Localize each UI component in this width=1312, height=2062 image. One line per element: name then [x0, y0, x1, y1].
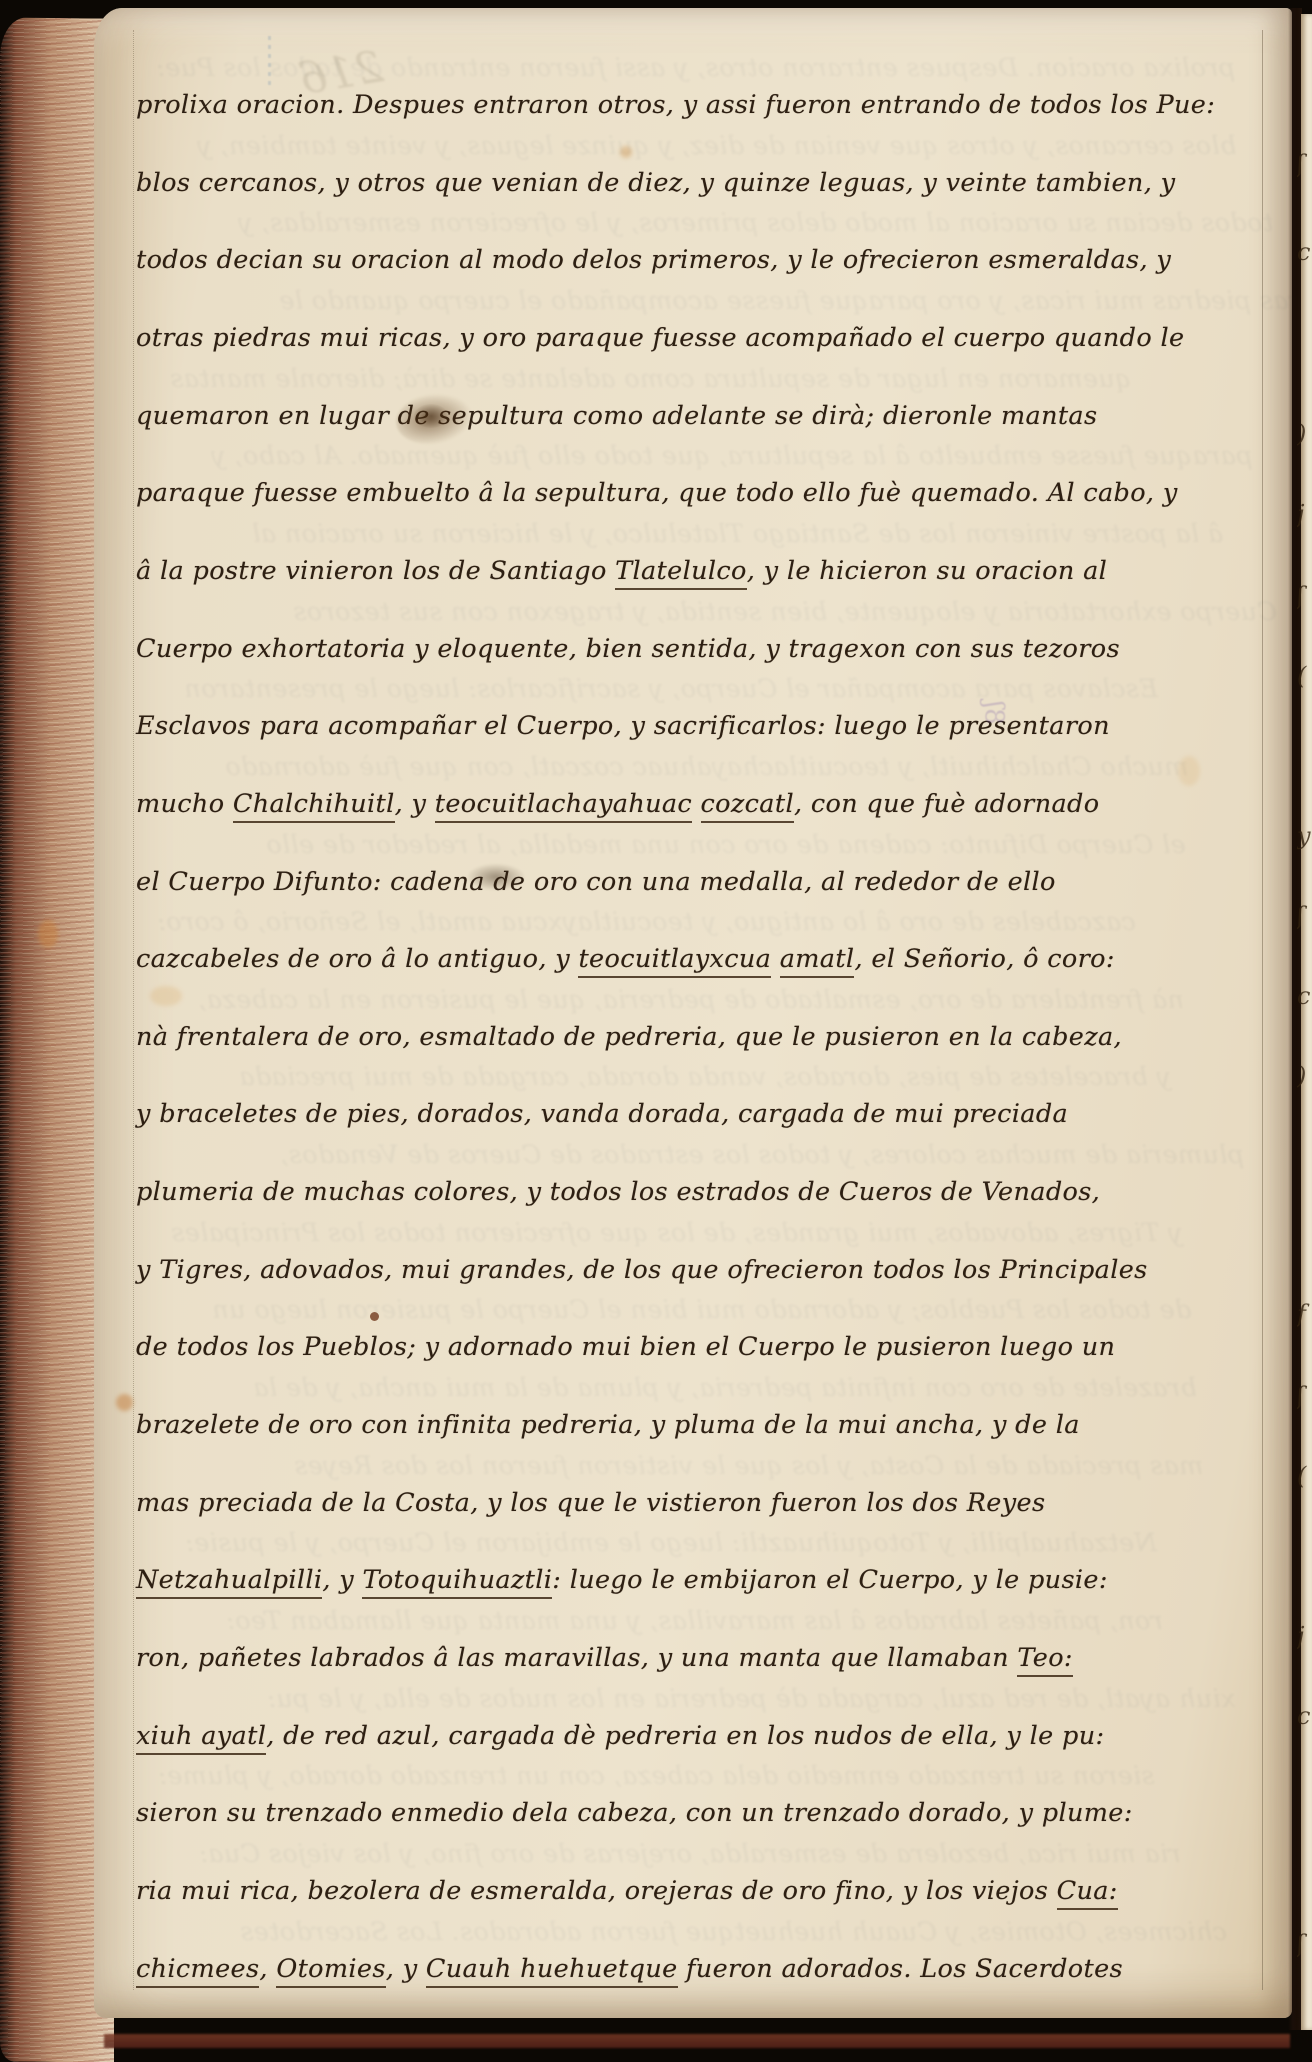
- underlined-term: teocuitlachayahuac: [632, 752, 889, 784]
- text-segment: y Tigres, adovados, mui grandes, de los …: [171, 1218, 1183, 1248]
- showthrough-ghost-line: paraque fuesse embuelto â la sepultura, …: [211, 417, 1253, 495]
- showthrough-ghost-line: sieron su trenzado enmedio dela cabeza, …: [158, 1737, 1155, 1815]
- text-segment: otras piedras mui ricas, y oro paraque f…: [279, 286, 1312, 316]
- underlined-term: Chalchihuitl: [930, 752, 1092, 784]
- underlined-term: Totoquihuaztli: [740, 1528, 930, 1560]
- showthrough-ghost-line: quemaron en lugar de sepultura como adel…: [170, 340, 1131, 418]
- text-segment: , de red azul, cargada dè pedreria en lo…: [267, 1684, 1105, 1714]
- underlined-term: chicmees: [1104, 1917, 1227, 1949]
- text-segment: fueron adorados. Los Sacerdotes: [240, 1917, 685, 1947]
- text-segment: Cuerpo exhortatoria y eloquente, bien se…: [293, 597, 1277, 627]
- next-page-ink-fragment: ʃ: [1297, 1382, 1311, 1410]
- underlined-term: Otomies: [977, 1917, 1086, 1949]
- showthrough-ghost-line: mas preciada de la Costa, y los que le v…: [294, 1427, 1203, 1505]
- margin-annotation-bleed: ʃ8: [979, 701, 1009, 725]
- showthrough-ghost-line: y braceletes de pies, dorados, vanda dor…: [239, 1038, 1171, 1116]
- text-segment: blos cercanos, y otros que venian de die…: [197, 131, 1236, 161]
- text-segment: y braceletes de pies, dorados, vanda dor…: [239, 1062, 1171, 1092]
- underlined-term: Netzahualpilli: [970, 1528, 1156, 1560]
- showthrough-ghost-line: xiuh ayatl, de red azul, cargada dè pedr…: [267, 1660, 1235, 1738]
- next-page-ink-fragment: j: [1297, 1622, 1311, 1650]
- showthrough-ghost-line: blos cercanos, y otros que venian de die…: [197, 107, 1236, 185]
- text-segment: ria mui rica, bezolera de esmeralda, ore…: [260, 1839, 1181, 1869]
- showthrough-ghost-line: chicmees, Otomies, y Cuauh huehuetque fu…: [240, 1893, 1227, 1971]
- next-page-ink-fragment: ʃ: [1297, 150, 1311, 178]
- showthrough-ghost-line: de todos los Pueblos; y adornado mui bie…: [212, 1271, 1191, 1349]
- underlined-term: Cua:: [199, 1839, 260, 1871]
- left-margin-rule: [133, 30, 134, 1990]
- text-block: prolixa oracion. Despues entraron otros,…: [136, 66, 1256, 2026]
- text-segment: , el Señorio, ô coro:: [157, 907, 417, 937]
- ink-dot: [370, 1312, 379, 1321]
- text-segment: ron, pañetes labrados â las maravillas, …: [281, 1606, 1162, 1636]
- text-segment: plumeria de muchas colores, y todos los …: [280, 1140, 1244, 1170]
- showthrough-ghost-line: Cuerpo exhortatoria y eloquente, bien se…: [293, 573, 1277, 651]
- text-segment: , y: [937, 1917, 977, 1947]
- text-segment: , y: [930, 1528, 970, 1558]
- text-segment: mas preciada de la Costa, y los que le v…: [294, 1451, 1203, 1481]
- foxing-stain: [116, 1394, 133, 1411]
- next-page-ink-fragment: c: [1297, 1702, 1311, 1730]
- text-segment: todos decian su oracion al modo delos pr…: [238, 208, 1273, 238]
- showthrough-ghost-line: mucho Chalchihuitl, y teocuitlachayahuac…: [225, 728, 1188, 806]
- showthrough-ghost-line: â la postre vinieron los de Santiago Tla…: [252, 495, 1223, 573]
- showthrough-ghost-line: y Tigres, adovados, mui grandes, de los …: [171, 1194, 1183, 1272]
- text-segment: brazelete de oro con infinita pedreria, …: [253, 1373, 1197, 1403]
- showthrough-ghost-line: ron, pañetes labrados â las maravillas, …: [226, 1582, 1163, 1660]
- text-segment: paraque fuesse embuelto â la sepultura, …: [211, 441, 1253, 471]
- next-page-ink-fragment: ʃ: [1297, 582, 1311, 610]
- text-segment: , y le hicieron su oracion al: [252, 519, 612, 549]
- text-segment: quemaron en lugar de sepultura como adel…: [170, 364, 1131, 394]
- underlined-term: Tlatelulco: [612, 519, 744, 551]
- showthrough-ghost-line: nà frentalera de oro, esmaltado de pedre…: [198, 961, 1184, 1039]
- next-page-ink-fragment: (: [1297, 662, 1311, 690]
- next-page-ink-fragment: y: [1297, 822, 1311, 850]
- text-segment: â la postre vinieron los de Santiago: [744, 519, 1223, 549]
- next-page-ink-fragment: (: [1297, 1462, 1311, 1490]
- showthrough-ghost-line: prolixa oracion. Despues entraron otros,…: [156, 29, 1235, 107]
- next-page-ink-fragment: ): [1297, 1062, 1311, 1090]
- underlined-term: xiuh ayatl: [1105, 1684, 1235, 1716]
- bottom-binding-band: [104, 2034, 1290, 2048]
- ink-blot: [468, 864, 524, 890]
- underlined-term: Cuauh huehuetque: [685, 1917, 937, 1949]
- next-page-ink-fragment: c: [1297, 238, 1311, 266]
- text-segment: nà frentalera de oro, esmaltado de pedre…: [198, 985, 1184, 1015]
- next-page-ink-fragment: c: [1297, 982, 1311, 1010]
- showthrough-ghost-line: todos decian su oracion al modo delos pr…: [238, 184, 1273, 262]
- showthrough-ghost-line: Netzahualpilli, y Totoquihuaztli: luego …: [185, 1504, 1157, 1582]
- text-segment: mucho: [1092, 752, 1189, 782]
- text-segment: mucho: [136, 789, 233, 819]
- showthrough-ghost-line: otras piedras mui ricas, y oro paraque f…: [279, 262, 1312, 340]
- foxing-stain: [38, 920, 58, 948]
- text-segment: ,: [1087, 1917, 1104, 1947]
- text-segment: cazcabeles de oro â lo antiguo, y: [693, 907, 1135, 937]
- text-segment: [624, 752, 632, 782]
- text-segment: : luego le embijaron el Cuerpo, y le pus…: [185, 1528, 740, 1558]
- underlined-term: Teo:: [226, 1606, 281, 1638]
- text-segment: [492, 907, 500, 937]
- text-segment: Esclavos para acompañar el Cuerpo, y sac…: [184, 674, 1158, 704]
- foxing-stain: [620, 146, 632, 158]
- underlined-term: amatl: [417, 907, 492, 939]
- text-segment: de todos los Pueblos; y adornado mui bie…: [212, 1295, 1191, 1325]
- showthrough-ghost-line: Esclavos para acompañar el Cuerpo, y sac…: [184, 650, 1158, 728]
- book-photo: 216 prolixa oracion. Despues entraron ot…: [0, 0, 1312, 2062]
- next-page-ink-fragment: ): [1297, 420, 1311, 448]
- underlined-term: cozcatl: [530, 752, 623, 784]
- foxing-stain: [1178, 756, 1200, 786]
- showthrough-ghost-line: plumeria de muchas colores, y todos los …: [280, 1116, 1244, 1194]
- next-page-ink-fragment: ʃ: [1297, 902, 1311, 930]
- text-segment: prolixa oracion. Despues entraron otros,…: [156, 53, 1235, 83]
- ink-blot: [414, 404, 448, 428]
- showthrough-ghost-line: ria mui rica, bezolera de esmeralda, ore…: [199, 1815, 1181, 1893]
- next-page-ink-fragment: f: [1297, 1300, 1311, 1328]
- showthrough-ghost-line: cazcabeles de oro â lo antiguo, y teocui…: [157, 883, 1136, 961]
- foxing-stain: [150, 986, 182, 1006]
- text-segment: , y: [890, 752, 930, 782]
- underlined-term: teocuitlayxcua: [501, 907, 694, 939]
- text-segment: , con que fuè adornado: [225, 752, 530, 782]
- text-segment: sieron su trenzado enmedio dela cabeza, …: [158, 1761, 1155, 1791]
- text-segment: el Cuerpo Difunto: cadena de oro con una…: [266, 830, 1186, 860]
- showthrough-ghost-line: brazelete de oro con infinita pedreria, …: [253, 1349, 1197, 1427]
- next-page-ink-fragment: j: [1297, 500, 1311, 528]
- next-page-ink-fragment: ʃ: [1297, 1930, 1311, 1958]
- showthrough-ghost-line: el Cuerpo Difunto: cadena de oro con una…: [266, 806, 1186, 884]
